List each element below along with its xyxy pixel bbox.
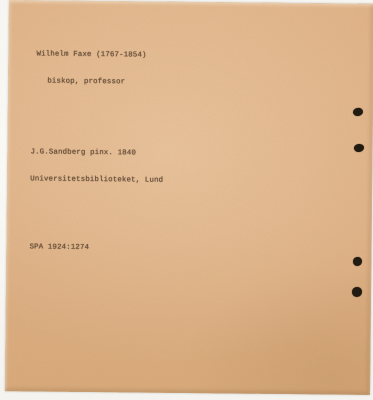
punch-hole-3 xyxy=(353,257,362,266)
caption-title-line: biskop, professor xyxy=(31,77,164,87)
album-page: Wilhelm Faxe (1767-1854) biskop, profess… xyxy=(5,0,373,395)
punch-hole-4 xyxy=(352,287,362,297)
caption-identity-block: Wilhelm Faxe (1767-1854) biskop, profess… xyxy=(31,32,165,105)
caption-name-line: Wilhelm Faxe (1767-1854) xyxy=(31,50,164,60)
caption-institution-line: Universitetsbiblioteket, Lund xyxy=(30,175,163,185)
caption-artist-line: J.G.Sandberg pinx. 1840 xyxy=(30,148,163,158)
scan-background: Wilhelm Faxe (1767-1854) biskop, profess… xyxy=(0,0,373,400)
typed-caption: Wilhelm Faxe (1767-1854) biskop, profess… xyxy=(29,14,165,289)
caption-provenance-block: J.G.Sandberg pinx. 1840 Universitetsbibl… xyxy=(30,130,164,203)
caption-reference-block: SPA 1924:1274 xyxy=(29,225,162,271)
caption-reference-line: SPA 1924:1274 xyxy=(29,243,162,253)
